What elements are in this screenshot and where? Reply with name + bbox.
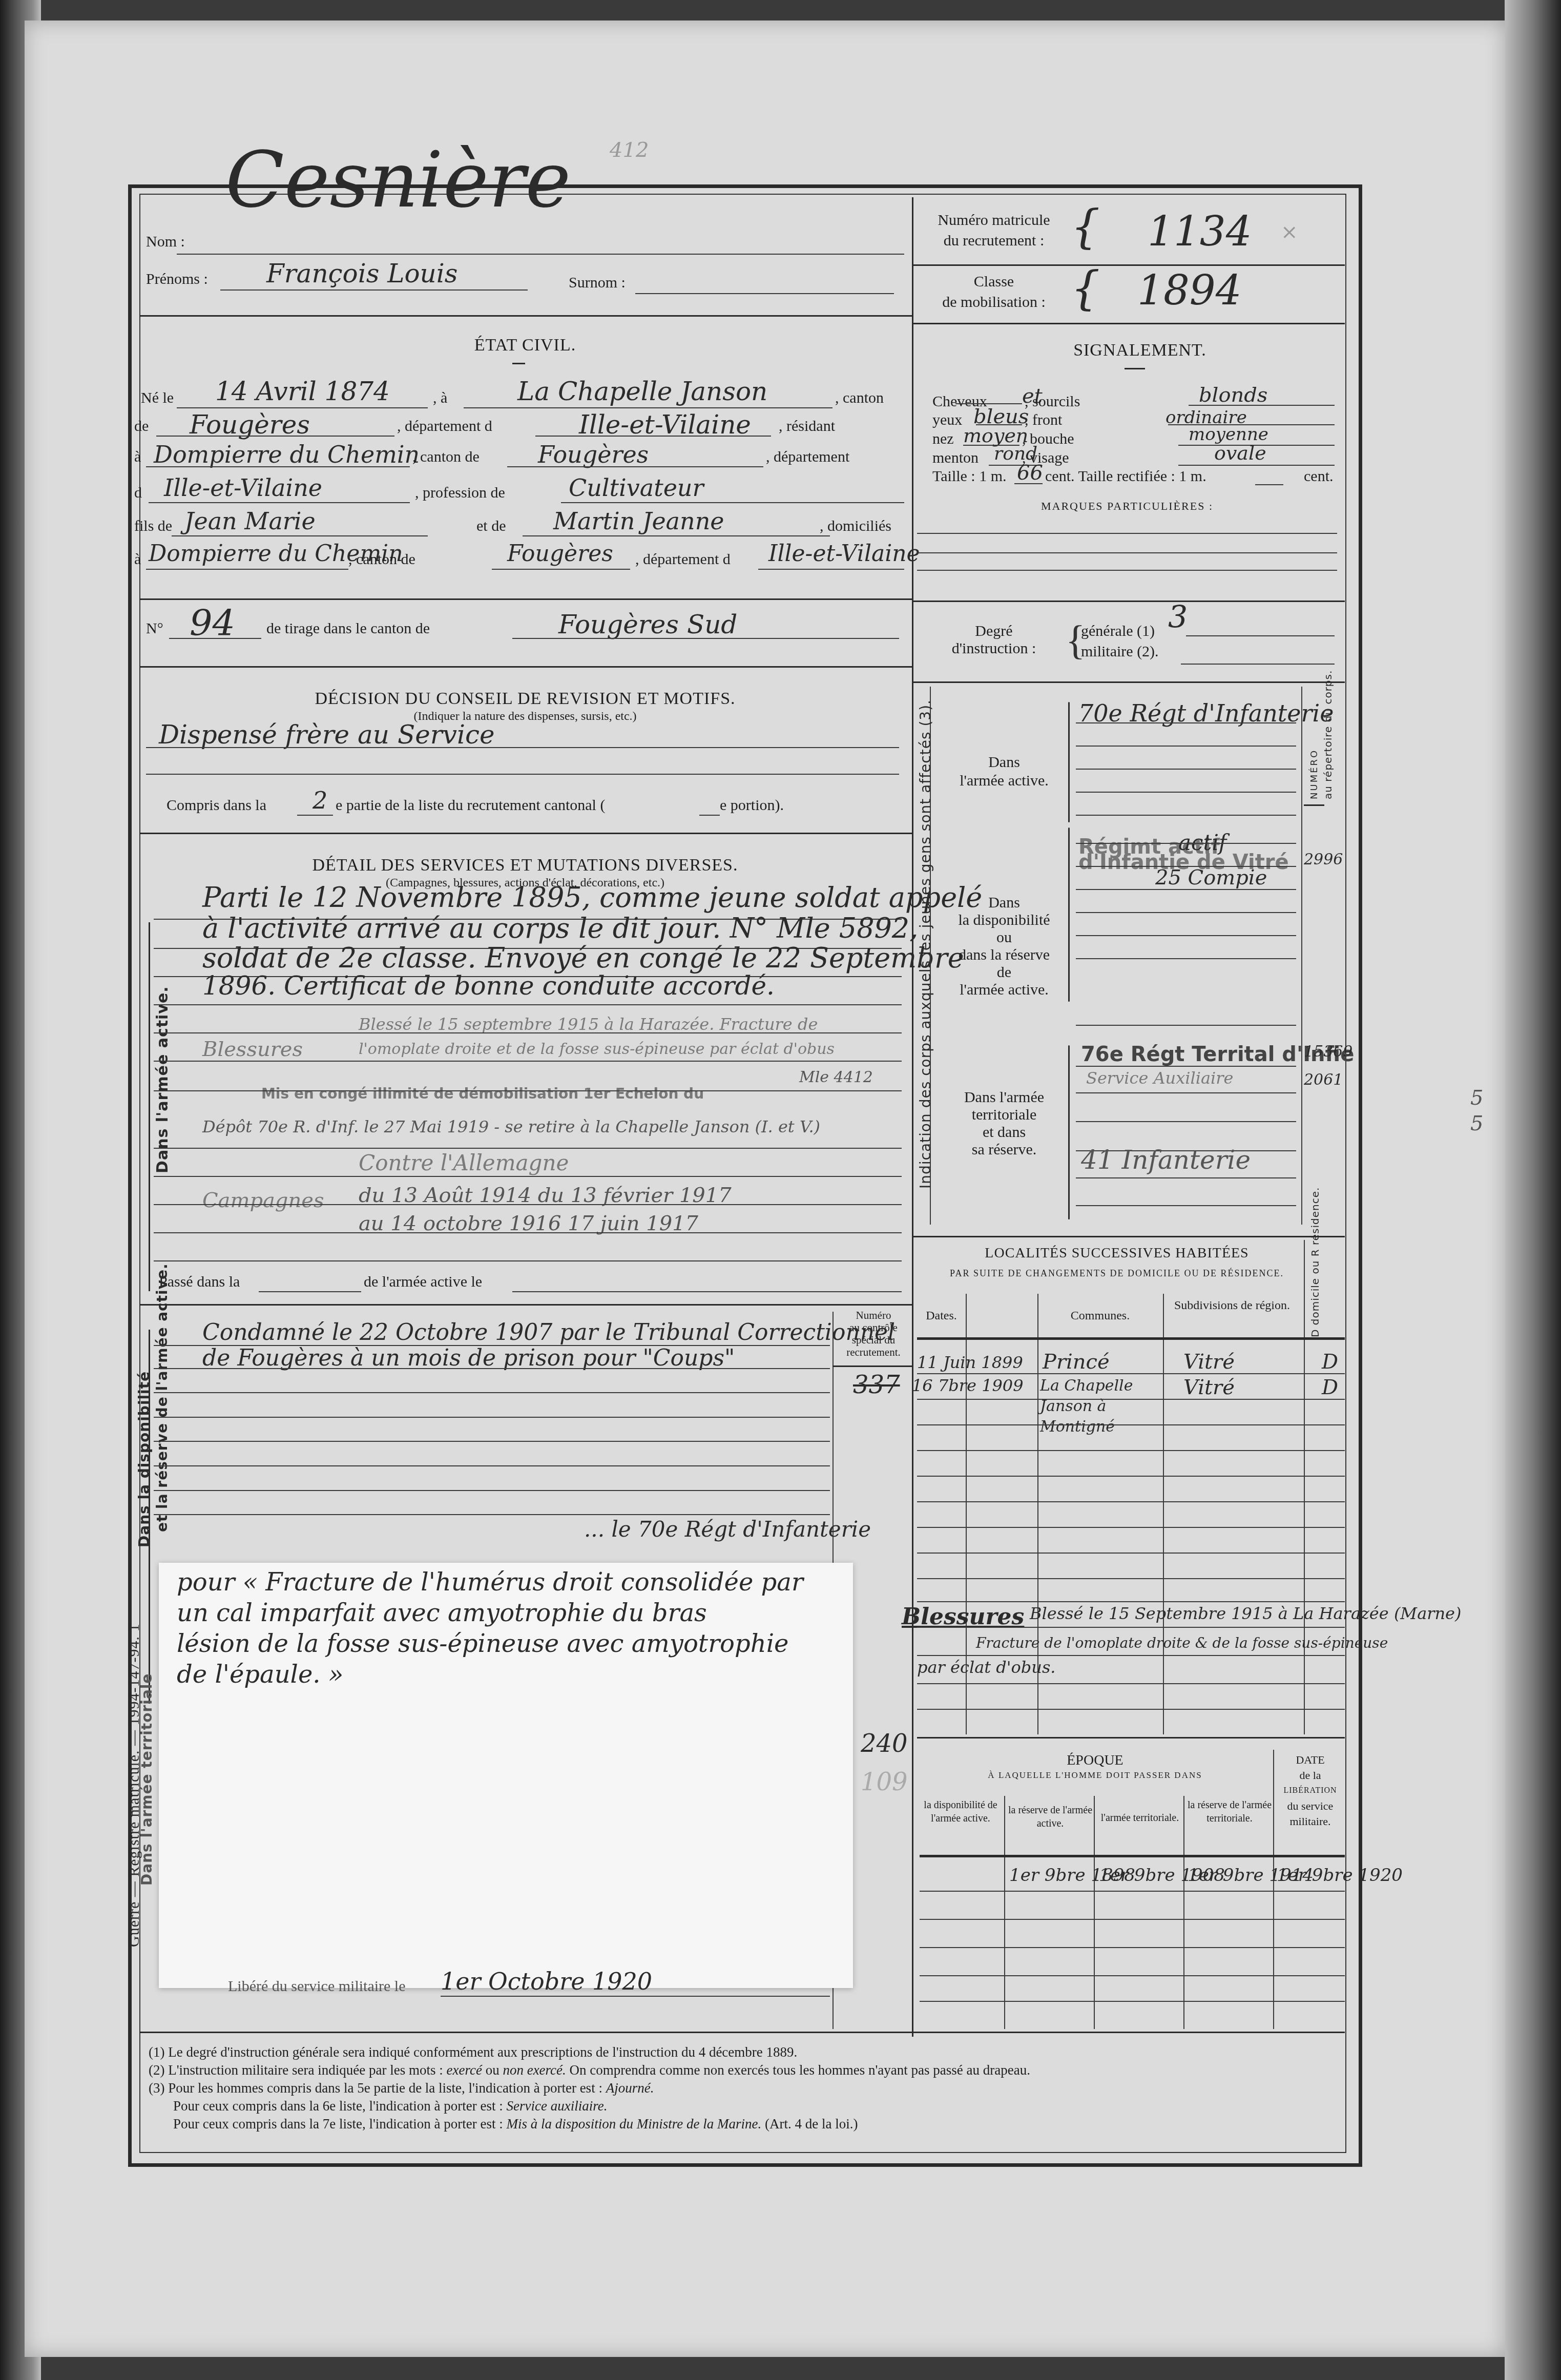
footnote-5: Pour ceux compris dans la 7e liste, l'in… bbox=[173, 2116, 858, 2132]
field-line bbox=[464, 407, 832, 408]
row-line bbox=[917, 1527, 1345, 1528]
divider bbox=[139, 315, 912, 317]
classe-label-line2: de mobilisation : bbox=[922, 292, 1066, 313]
marques-title: MARQUES PARTICULIÈRES : bbox=[999, 500, 1255, 513]
header-dr: D domicile ou R résidence. bbox=[1309, 1187, 1321, 1337]
field-line bbox=[154, 1004, 902, 1005]
tirage-no-label: N° bbox=[146, 620, 163, 637]
degre-label-line2: d'instruction : bbox=[938, 640, 1050, 657]
localites-blessures-line-1: Blessé le 15 Septembre 1915 à La Harazée… bbox=[1030, 1604, 1462, 1623]
blessures-line-2: l'omoplate droite et de la fosse sus-épi… bbox=[359, 1040, 835, 1058]
dom-a-label: à bbox=[134, 551, 141, 568]
field-line bbox=[523, 535, 830, 536]
patch-line-4: de l'épaule. » bbox=[177, 1660, 343, 1689]
a-label: , à bbox=[433, 389, 447, 407]
footnote-2-italic: non exercé. bbox=[503, 2062, 566, 2078]
fils-de-label: fils de bbox=[134, 518, 172, 535]
footnote-4-text: Pour ceux compris dans la 6e liste, l'in… bbox=[173, 2098, 506, 2114]
header-subdivisions: Subdivisions de région. bbox=[1168, 1299, 1296, 1313]
birthplace-value: La Chapelle Janson bbox=[517, 377, 767, 406]
territoriale-side-label: Dans l'armée territoriale bbox=[138, 1673, 155, 1886]
patch-line-2: un cal imparfait avec amyotrophie du bra… bbox=[177, 1599, 707, 1627]
epoque-header-1: la disponibilité de l'armée active. bbox=[917, 1798, 1004, 1825]
canton-label: , canton bbox=[835, 389, 884, 407]
pere-value: Jean Marie bbox=[184, 507, 316, 535]
row-line bbox=[917, 1373, 1345, 1374]
controle-header-line: recrutement. bbox=[835, 1346, 912, 1358]
terr-numero-2: 2061 bbox=[1304, 1071, 1343, 1089]
field-line bbox=[154, 1148, 902, 1149]
etat-civil-title: ÉTAT CIVIL. bbox=[410, 336, 640, 355]
field-line bbox=[1076, 958, 1296, 959]
header-rule bbox=[917, 1337, 1345, 1340]
row-line bbox=[920, 1975, 1345, 1976]
corps-active-label-line: l'armée active. bbox=[948, 772, 1060, 790]
footnote-2-text: (2) L'instruction militaire sera indiqué… bbox=[149, 2062, 446, 2078]
dispo-faint-line: ... le 70e Régt d'Infanterie bbox=[584, 1517, 871, 1542]
corps-terr-label-line: sa réserve. bbox=[948, 1141, 1060, 1158]
footnote-2-text: ou bbox=[482, 2062, 503, 2078]
field-line bbox=[1076, 792, 1296, 793]
row-line bbox=[920, 2001, 1345, 2002]
generale-value: 3 bbox=[1168, 599, 1188, 635]
liberation-header-line: du service bbox=[1276, 1798, 1345, 1814]
portion-field-line bbox=[699, 815, 720, 816]
footnote-2-text: On comprendra comme non exercés tous les… bbox=[566, 2062, 1030, 2078]
divider bbox=[139, 2032, 1345, 2033]
portion-suffix: e portion). bbox=[720, 797, 784, 814]
patch-line-3: lésion de la fosse sus-épineuse avec amy… bbox=[177, 1629, 788, 1658]
col-divider bbox=[1094, 1796, 1095, 2029]
row-line bbox=[917, 1450, 1345, 1451]
field-line bbox=[297, 815, 333, 816]
yeux-label: yeux bbox=[932, 411, 962, 429]
degre-label-line1: Degré bbox=[938, 623, 1050, 640]
field-line bbox=[154, 1392, 830, 1393]
prenoms-field-line bbox=[220, 289, 528, 291]
divider bbox=[912, 323, 1345, 324]
tirage-canton-value: Fougères Sud bbox=[558, 610, 737, 639]
matricule-label-line2: du recrutement : bbox=[922, 231, 1066, 251]
service-line-1: Parti le 12 Novembre 1895, comme jeune s… bbox=[202, 881, 982, 914]
residant-label: , résidant bbox=[779, 418, 835, 435]
field-line bbox=[259, 1291, 361, 1292]
field-line bbox=[492, 569, 630, 570]
row-line bbox=[917, 1424, 1345, 1425]
classe-value: 1894 bbox=[1137, 266, 1242, 314]
divider bbox=[139, 1304, 912, 1306]
divider bbox=[917, 1737, 1345, 1739]
field-line bbox=[177, 407, 428, 408]
field-line bbox=[561, 502, 904, 503]
divider bbox=[912, 601, 1345, 602]
field-line bbox=[1076, 935, 1296, 936]
dispo-value: 25 Compie bbox=[1155, 866, 1267, 889]
bracket bbox=[1068, 827, 1070, 1002]
corps-dispo-label: Dans la disponibilité ou dans la réserve… bbox=[948, 894, 1060, 999]
liberation-header-line: militaire. bbox=[1276, 1814, 1345, 1829]
bracket bbox=[1068, 702, 1070, 822]
bracket bbox=[1068, 1045, 1070, 1219]
conge-mle: Mle 4412 bbox=[799, 1068, 873, 1086]
blessures-line-1: Blessé le 15 septembre 1915 à la Harazée… bbox=[359, 1015, 818, 1034]
field-line bbox=[512, 1291, 902, 1292]
side-bracket bbox=[149, 922, 150, 1291]
epoque-subtitle: À LAQUELLE L'HOMME DOIT PASSER DANS bbox=[917, 1770, 1273, 1781]
localites-blessures-label: Blessures bbox=[902, 1604, 1024, 1630]
nom-value: Cesnière bbox=[225, 136, 571, 225]
compris-label: Compris dans la bbox=[166, 797, 266, 814]
corps-dispo-label-line: de bbox=[948, 964, 1060, 981]
prenoms-label: Prénoms : bbox=[146, 271, 208, 288]
field-line bbox=[1076, 889, 1296, 890]
terr-faint: Service Auxiliaire bbox=[1086, 1068, 1234, 1088]
dispo-side-label-1: Dans la disponibilité bbox=[136, 1371, 153, 1547]
field-line bbox=[917, 552, 1337, 553]
field-line bbox=[154, 1176, 902, 1177]
row-line bbox=[917, 1399, 1345, 1400]
field-line bbox=[146, 569, 348, 570]
row-1-subdivision: Vitré bbox=[1183, 1350, 1235, 1374]
field-line bbox=[154, 1032, 902, 1033]
field-line bbox=[955, 403, 1022, 404]
divider bbox=[139, 598, 912, 600]
field-line bbox=[917, 570, 1337, 571]
taille-value: 66 bbox=[1017, 461, 1043, 485]
row-line bbox=[917, 1683, 1345, 1684]
prenoms-value: François Louis bbox=[266, 259, 457, 288]
field-line bbox=[149, 502, 410, 503]
title-dash bbox=[1125, 368, 1145, 369]
departement-label: , département d bbox=[397, 418, 492, 435]
field-line bbox=[154, 1465, 830, 1466]
epoque-header-3: l'armée territoriale. bbox=[1096, 1811, 1183, 1825]
footnote-5-text: (Art. 4 de la loi.) bbox=[761, 2116, 858, 2131]
field-line bbox=[154, 1204, 902, 1205]
decision-value: Dispensé frère au Service bbox=[159, 720, 495, 750]
row-line bbox=[920, 1947, 1345, 1948]
nez-label: nez bbox=[932, 430, 954, 448]
services-side-label: Dans l'armée active. bbox=[154, 986, 172, 1173]
field-line bbox=[1181, 664, 1335, 665]
epoque-header-2: la réserve de l'armée active. bbox=[1007, 1804, 1094, 1830]
terr-value: 41 Infanterie bbox=[1081, 1145, 1251, 1175]
liberation-header-line: de la bbox=[1276, 1768, 1345, 1783]
domicilies-label: , domiciliés bbox=[820, 518, 891, 535]
service-line-4: 1896. Certificat de bonne conduite accor… bbox=[202, 971, 775, 1001]
footnote-4-italic: Service auxiliaire. bbox=[506, 2098, 607, 2114]
col-divider bbox=[1163, 1294, 1164, 1734]
field-line bbox=[154, 1061, 902, 1062]
libere-label: Libéré du service militaire le bbox=[228, 1978, 406, 1995]
divider bbox=[1304, 804, 1324, 806]
taille-rect-label: cent. Taille rectifiée : 1 m. bbox=[1045, 468, 1206, 485]
liberation-value: 1er 9bre 1920 bbox=[1277, 1865, 1403, 1886]
epoque-header-4: la réserve de l'armée territoriale. bbox=[1186, 1798, 1273, 1825]
service-line-3: soldat de 2e classe. Envoyé en congé le … bbox=[202, 942, 964, 974]
row-line bbox=[920, 1891, 1345, 1892]
col-divider bbox=[1304, 1240, 1305, 1734]
corps-terr-label-line: territoriale bbox=[948, 1106, 1060, 1124]
pencil-mark: 412 bbox=[610, 138, 649, 162]
mere-value: Martin Jeanne bbox=[553, 507, 724, 535]
conge-line: Dépôt 70e R. d'Inf. le 27 Mai 1919 - se … bbox=[202, 1117, 820, 1136]
divider bbox=[912, 264, 1345, 266]
departement2-value: Ille-et-Vilaine bbox=[164, 474, 322, 502]
field-line bbox=[154, 1490, 830, 1491]
field-line bbox=[1076, 722, 1296, 723]
row-line bbox=[917, 1553, 1345, 1554]
sourcils-label: , sourcils bbox=[1025, 393, 1080, 410]
field-line bbox=[156, 436, 394, 437]
field-line bbox=[146, 747, 899, 748]
service-line-2: à l'activité arrivé au corps le dit jour… bbox=[202, 912, 918, 944]
field-line bbox=[1014, 483, 1043, 484]
canton-de-value: Fougères bbox=[538, 441, 649, 468]
passe-label: Passé dans la bbox=[159, 1273, 240, 1291]
compris-value: 2 bbox=[313, 787, 327, 814]
row-line bbox=[917, 1601, 1345, 1602]
localites-title: LOCALITÉS SUCCESSIVES HABITÉES bbox=[922, 1245, 1312, 1261]
row-2-date: 16 7bre 1909 bbox=[912, 1376, 1024, 1395]
row-line bbox=[917, 1655, 1345, 1656]
signalement-title: SIGNALEMENT. bbox=[1025, 341, 1255, 360]
field-line bbox=[1076, 843, 1296, 844]
divider bbox=[912, 681, 1345, 683]
field-line bbox=[1178, 465, 1335, 466]
corps-terr-label-line: et dans bbox=[948, 1124, 1060, 1141]
matricule-label-line1: Numéro matricule bbox=[922, 210, 1066, 231]
field-line bbox=[154, 1368, 830, 1369]
footnote-3: (3) Pour les hommes compris dans la 5e p… bbox=[149, 2080, 654, 2096]
campagne-line-1: Contre l'Allemagne bbox=[359, 1150, 569, 1175]
menton-label: menton bbox=[932, 449, 979, 467]
row-1-dr: D bbox=[1322, 1350, 1338, 1374]
field-line bbox=[1255, 484, 1283, 485]
visage-value: ovale bbox=[1214, 442, 1266, 464]
ne-le-label: Né le bbox=[141, 389, 174, 407]
nom-label: Nom : bbox=[146, 233, 185, 251]
row-1-date: 11 Juin 1899 bbox=[917, 1353, 1023, 1372]
footnote-4: Pour ceux compris dans la 6e liste, l'in… bbox=[173, 2098, 607, 2114]
blessures-label: Blessures bbox=[202, 1038, 303, 1061]
corps-side-label: Indication des corps auxquels les jeunes… bbox=[917, 699, 934, 1189]
field-line bbox=[1076, 1092, 1296, 1093]
field-line bbox=[917, 533, 1337, 534]
classe-brace: { bbox=[1071, 261, 1100, 315]
field-line bbox=[1076, 1205, 1296, 1206]
row-line bbox=[917, 1476, 1345, 1477]
dom-canton-value: Fougères bbox=[507, 541, 613, 567]
ne-le-value: 14 Avril 1874 bbox=[215, 377, 390, 406]
departement2-label: , département bbox=[766, 448, 849, 466]
numero-divider bbox=[1301, 687, 1302, 1225]
surnom-field-line bbox=[635, 293, 894, 294]
dispo-line-2: de Fougères à un mois de prison pour "Co… bbox=[202, 1345, 735, 1371]
row-2-subdivision: Vitré bbox=[1183, 1376, 1235, 1399]
footnote-2: (2) L'instruction militaire sera indiqué… bbox=[149, 2062, 1030, 2078]
footnote-3-text: (3) Pour les hommes compris dans la 5e p… bbox=[149, 2080, 606, 2096]
dom-dept-value: Ille-et-Vilaine bbox=[768, 541, 920, 567]
field-line bbox=[169, 638, 261, 639]
corps-terr-label-line: Dans l'armée bbox=[948, 1089, 1060, 1106]
dispo-numero: 2996 bbox=[1304, 851, 1343, 868]
corps-dispo-label-line: Dans bbox=[948, 894, 1060, 912]
services-title: DÉTAIL DES SERVICES ET MUTATIONS DIVERSE… bbox=[256, 856, 794, 875]
matricule-label: Numéro matricule du recrutement : bbox=[922, 210, 1066, 251]
canton-de-label: , canton de bbox=[412, 448, 480, 466]
row-line bbox=[917, 1578, 1345, 1579]
corps-dispo-label-line: la disponibilité bbox=[948, 912, 1060, 929]
nom-field-line bbox=[177, 254, 904, 255]
field-line bbox=[154, 1441, 830, 1442]
residant-value: Dompierre du Chemin bbox=[154, 441, 420, 468]
field-line bbox=[507, 466, 763, 467]
taille-label: Taille : 1 m. bbox=[932, 468, 1007, 485]
footnote-5-italic: Mis à la disposition du Ministre de la M… bbox=[506, 2116, 761, 2131]
row-1-commune: Princé bbox=[1043, 1350, 1110, 1374]
field-line bbox=[146, 466, 410, 467]
sourcils-value: blonds bbox=[1199, 383, 1267, 407]
field-line bbox=[535, 436, 771, 437]
title-dash bbox=[512, 363, 525, 364]
profession-label: , profession de bbox=[415, 484, 505, 502]
generale-label: générale (1) bbox=[1081, 623, 1155, 640]
row-line bbox=[917, 1627, 1345, 1628]
footnote-1: (1) Le degré d'instruction générale sera… bbox=[149, 2044, 797, 2060]
terr-numero-1: 15369 bbox=[1304, 1043, 1352, 1061]
field-line bbox=[1076, 1177, 1296, 1178]
field-line bbox=[512, 638, 899, 639]
footnote-2-italic: exercé bbox=[446, 2062, 482, 2078]
field-line bbox=[146, 774, 899, 775]
row-line bbox=[917, 1709, 1345, 1710]
field-line bbox=[154, 1260, 902, 1261]
matricule-brace: { bbox=[1071, 200, 1100, 254]
corps-dispo-label-line: l'armée active. bbox=[948, 981, 1060, 999]
margin-mark: 5 bbox=[1470, 1086, 1483, 1110]
localites-subtitle: PAR SUITE DE CHANGEMENTS DE DOMICILE OU … bbox=[922, 1268, 1312, 1279]
numero-header-2: au répertoire du corps. bbox=[1322, 670, 1334, 799]
epoque-title: ÉPOQUE bbox=[917, 1752, 1273, 1769]
field-line bbox=[1076, 1121, 1296, 1122]
liberation-header: DATE de la LIBÉRATION du service militai… bbox=[1276, 1752, 1345, 1829]
surnom-label: Surnom : bbox=[569, 274, 626, 292]
field-line bbox=[1186, 635, 1335, 636]
footnote-3-italic: Ajourné. bbox=[606, 2080, 654, 2096]
field-line bbox=[1076, 912, 1296, 913]
field-line bbox=[1076, 1066, 1296, 1067]
localites-blessures-line-3: par éclat d'obus. bbox=[917, 1658, 1055, 1677]
conge-stamp: Mis en congé illimité de démobilisation … bbox=[261, 1085, 704, 1102]
front-label: , front bbox=[1025, 411, 1062, 429]
controle-value-3: 109 bbox=[861, 1768, 908, 1796]
header-rule bbox=[920, 1855, 1345, 1857]
field-line bbox=[441, 1996, 830, 1997]
field-line bbox=[154, 1417, 830, 1418]
row-2-commune: La Chapelle Janson à Montigné bbox=[1040, 1376, 1163, 1437]
field-line bbox=[1076, 746, 1296, 747]
field-line bbox=[1076, 1025, 1296, 1026]
liberation-header-line: DATE bbox=[1276, 1752, 1345, 1768]
campagnes-label: Campagnes bbox=[202, 1189, 324, 1212]
dom-canton-label: , canton de bbox=[348, 551, 415, 568]
field-line bbox=[1189, 405, 1335, 406]
profession-value: Cultivateur bbox=[569, 474, 703, 502]
numero-header-1: NUMÉRO bbox=[1309, 749, 1320, 799]
field-line bbox=[1076, 815, 1296, 816]
field-line bbox=[154, 1514, 830, 1515]
row-line bbox=[917, 1501, 1345, 1502]
tirage-label: de tirage dans le canton de bbox=[266, 620, 430, 637]
active-le-label: de l'armée active le bbox=[364, 1273, 482, 1291]
field-line bbox=[154, 1232, 902, 1233]
dispo-line-1: Condamné le 22 Octobre 1907 par le Tribu… bbox=[202, 1319, 895, 1346]
liberation-header-line: LIBÉRATION bbox=[1276, 1783, 1345, 1798]
field-line bbox=[1076, 769, 1296, 770]
et-de-label: et de bbox=[476, 518, 506, 535]
de-label: de bbox=[134, 418, 149, 435]
margin-mark: 5 bbox=[1470, 1112, 1483, 1135]
matricule-value: 1134 bbox=[1148, 208, 1252, 255]
degre-label: Degré d'instruction : bbox=[938, 623, 1050, 657]
matricule-mark: × bbox=[1281, 220, 1298, 244]
row-2-dr: D bbox=[1322, 1376, 1338, 1399]
divider bbox=[139, 833, 912, 834]
column-divider bbox=[912, 197, 913, 2037]
militaire-label: militaire (2). bbox=[1081, 643, 1159, 660]
compris-suffix: e partie de la liste du recrutement cant… bbox=[336, 797, 605, 814]
corps-dispo-label-line: dans la réserve bbox=[948, 946, 1060, 964]
controle-value: 337 bbox=[853, 1371, 900, 1399]
field-line bbox=[758, 569, 904, 570]
libere-value: 1er Octobre 1920 bbox=[441, 1968, 652, 1995]
footnote-5-text: Pour ceux compris dans la 7e liste, l'in… bbox=[173, 2116, 506, 2131]
localites-blessures-line-2: Fracture de l'omoplate droite & de la fo… bbox=[976, 1634, 1388, 1651]
row-line bbox=[920, 1919, 1345, 1920]
col-divider bbox=[1273, 1750, 1274, 2029]
divider bbox=[912, 1236, 1345, 1237]
classe-label: Classe de mobilisation : bbox=[922, 272, 1066, 313]
corps-active-label-line: Dans bbox=[948, 753, 1060, 772]
controle-value-2: 240 bbox=[861, 1729, 908, 1758]
patch-line-1: pour « Fracture de l'humérus droit conso… bbox=[177, 1568, 803, 1597]
header-communes: Communes. bbox=[1037, 1309, 1163, 1323]
dom-dept-label: , département d bbox=[635, 551, 731, 568]
residant-a-label: à bbox=[134, 448, 141, 466]
cent-label: cent. bbox=[1304, 468, 1333, 485]
col-divider bbox=[1004, 1796, 1005, 2029]
corps-active-label: Dans l'armée active. bbox=[948, 753, 1060, 790]
decision-title: DÉCISION DU CONSEIL DE REVISION ET MOTIF… bbox=[256, 689, 794, 709]
divider bbox=[139, 666, 912, 668]
corps-dispo-label-line: ou bbox=[948, 929, 1060, 946]
field-line bbox=[154, 1090, 902, 1091]
field-line bbox=[172, 535, 428, 536]
corps-terr-label: Dans l'armée territoriale et dans sa rés… bbox=[948, 1089, 1060, 1158]
d-label: d bbox=[134, 484, 142, 502]
header-dates: Dates. bbox=[917, 1309, 966, 1323]
page-edge bbox=[1505, 0, 1561, 2380]
dispo-side-label-2: et la réserve de l'armée active. bbox=[154, 1263, 171, 1532]
col-divider bbox=[1183, 1796, 1184, 2029]
classe-label-line1: Classe bbox=[922, 272, 1066, 292]
divider bbox=[832, 1365, 912, 1367]
